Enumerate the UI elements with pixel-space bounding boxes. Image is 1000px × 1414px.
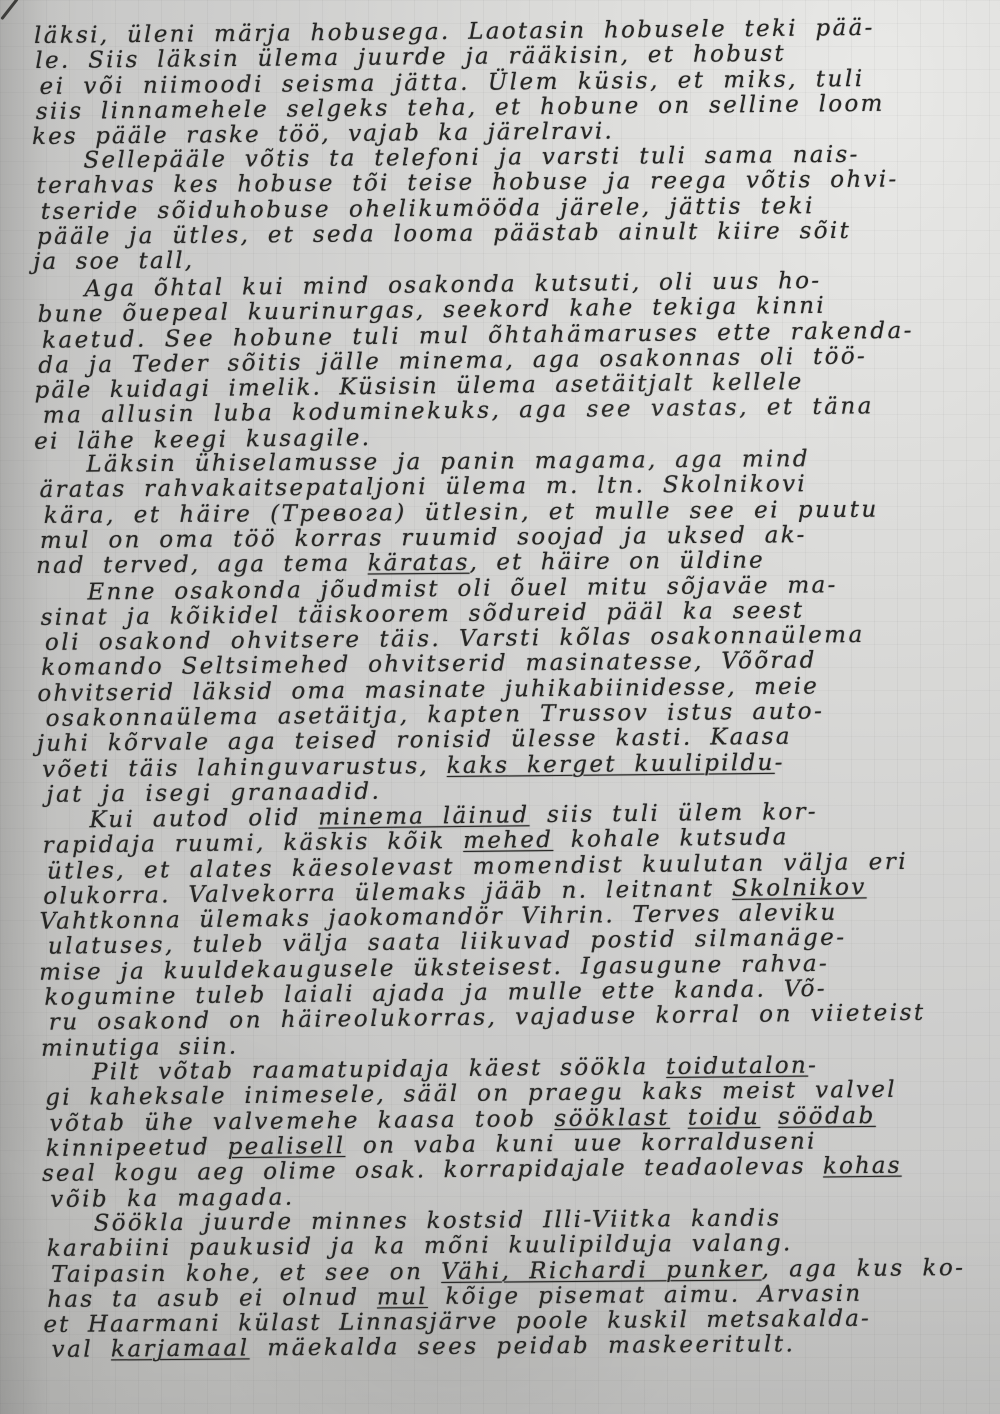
underlined-word: mul	[377, 1284, 428, 1310]
underlined-word: mehed	[463, 827, 553, 854]
underlined-word: karjamaal	[111, 1336, 250, 1363]
paragraph: Söökla juurde minnes kostsid Illi-Viitka…	[42, 1205, 988, 1364]
paragraph: Sellepääle võtis ta telefoni ja varsti t…	[31, 142, 977, 276]
underlined-word: toidu	[688, 1104, 761, 1131]
underlined-word: kaks kerget kuulipildu	[447, 749, 775, 778]
paragraph: Enne osakonda jõudmist oli õuel mitu sõj…	[35, 571, 982, 808]
scanned-document-page: läksi, üleni märja hobusega. Laotasin ho…	[0, 0, 1000, 1414]
underlined-word: kohas	[823, 1153, 902, 1180]
paragraph: Kui autod olid minema läinud siis tuli ü…	[37, 798, 985, 1062]
underlined-word: toidutalon	[666, 1053, 808, 1080]
underlined-word: sööklast	[554, 1105, 670, 1132]
paragraph: Aga õhtal kui mind osakonda kutsuti, oli…	[32, 267, 979, 455]
underlined-word: Skolnikov	[732, 874, 867, 902]
paragraph: Läksin ühiselamusse ja panin magama, aga…	[34, 446, 980, 580]
underlined-word: Vähi, Richardi punker	[441, 1256, 762, 1284]
underlined-word: söödab	[778, 1103, 876, 1130]
underlined-word: pealisell	[228, 1133, 346, 1160]
handwriting-line: val karjamaal mäekalda sees peidab maske…	[52, 1331, 988, 1363]
paragraph: Pilt võtab raamatupidaja käest söökla to…	[40, 1052, 986, 1213]
underlined-word: käratas	[368, 550, 470, 577]
corner-pen-stroke-artifact	[0, 0, 18, 20]
paragraph: läksi, üleni märja hobusega. Laotasin ho…	[30, 15, 976, 151]
handwriting-text: läksi, üleni märja hobusega. Laotasin ho…	[30, 15, 988, 1365]
underlined-word: minema läinud	[318, 802, 529, 830]
